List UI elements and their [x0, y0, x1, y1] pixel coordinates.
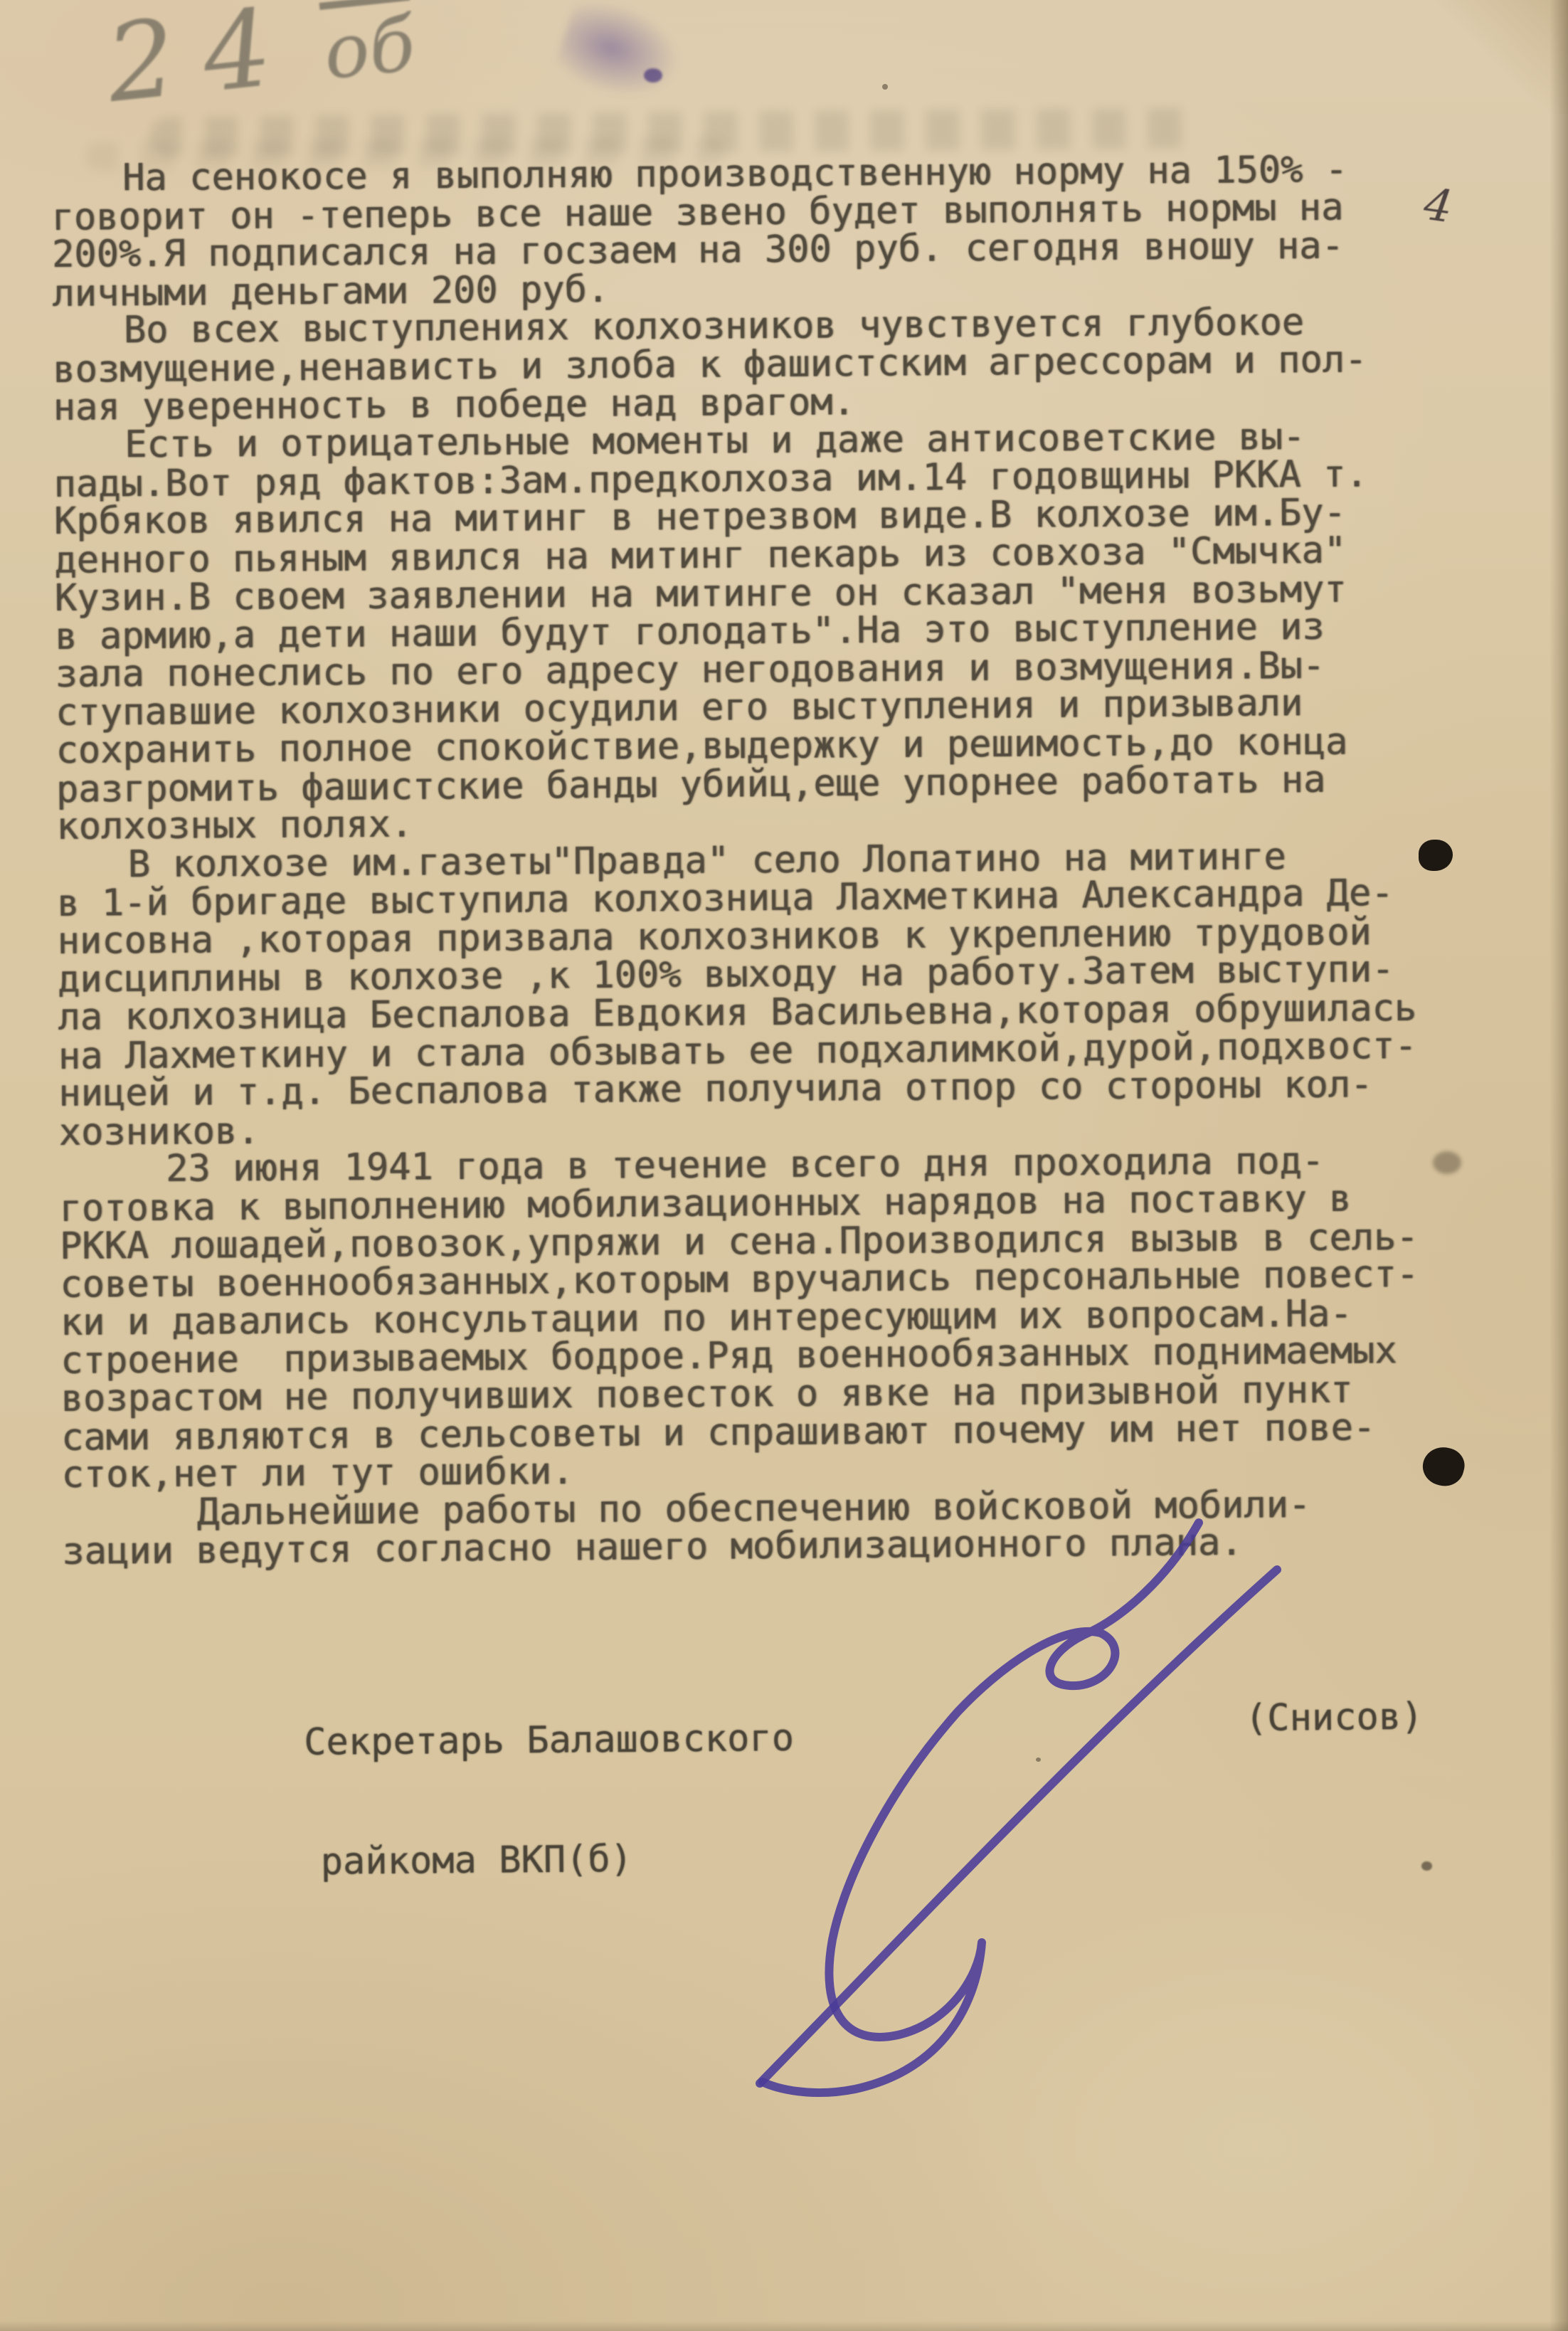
- signatory-role-line1: Секретарь Балашовского: [304, 1718, 794, 1762]
- text-line: ницей и т.д. Беспалова также получила от…: [58, 1065, 1488, 1113]
- text-line: РККА лошадей,повозок,упряжи и сена.Произ…: [60, 1218, 1490, 1266]
- paragraph: 23 июня 1941 года в течение всего дня пр…: [59, 1141, 1492, 1496]
- paragraph: На сенокосе я выполняю производственную …: [51, 149, 1483, 313]
- text-line: сохранить полное спокойствие,выдержку и …: [55, 722, 1485, 770]
- ink-dot: [644, 68, 662, 83]
- text-line: нисовна ,которая призвала колхозников к …: [57, 913, 1487, 961]
- page-edge-shadow: [1550, 0, 1568, 2331]
- pencil-suffix: об: [320, 1, 419, 97]
- ink-smudge: [551, 0, 694, 115]
- paper-speck: [573, 403, 578, 407]
- text-line: Кузин.В своем заявлении на митинге он ск…: [55, 570, 1485, 618]
- typewritten-text: На сенокосе я выполняю производственную …: [51, 149, 1493, 1572]
- text-line: 200%.Я подписался на госзаем на 300 руб.…: [52, 226, 1482, 274]
- signature-title: Секретарь Балашовского райкома ВКП(б): [303, 1639, 796, 1962]
- document-page: 24об На сенокосе я выполняю производстве…: [0, 0, 1568, 2331]
- signature-stroke-tail: [760, 1570, 1277, 2083]
- text-line: возрастом не получивших повесток о явке …: [60, 1370, 1490, 1418]
- paragraph: Во всех выступлениях колхозников чувству…: [53, 302, 1483, 428]
- paper-speck: [882, 84, 888, 90]
- text-line: Есть и отрицательные моменты и даже анти…: [53, 417, 1483, 465]
- text-line: Во всех выступлениях колхозников чувству…: [53, 303, 1483, 351]
- paragraph: В колхозе им.газеты"Правда" село Лопатин…: [57, 836, 1489, 1153]
- text-line: ла колхозница Беспалова Евдокия Васильев…: [58, 989, 1488, 1037]
- text-line: Дальнейшие работы по обеспечению войсков…: [62, 1485, 1492, 1533]
- text-line: На сенокосе я выполняю производственную …: [51, 150, 1481, 198]
- text-line: Крбяков явился на митинг в нетрезвом вид…: [54, 494, 1484, 541]
- pencil-number: 24: [101, 0, 306, 127]
- signature-stroke-main: [763, 1523, 1199, 2093]
- text-line: ки и давались консультации по интересующ…: [60, 1294, 1490, 1342]
- signatory-name: (Снисов): [1245, 1696, 1424, 1740]
- paragraph: Дальнейшие работы по обеспечению войсков…: [62, 1484, 1493, 1572]
- text-line: зала понеслись по его адресу негодования…: [55, 646, 1485, 694]
- paper-speck: [1036, 1757, 1041, 1762]
- text-line: 23 июня 1941 года в течение всего дня пр…: [59, 1142, 1489, 1190]
- ink-blot-small: [1421, 1861, 1432, 1871]
- torn-corner: [1433, 0, 1568, 114]
- page-edge-shadow-bottom: [0, 2321, 1568, 2331]
- ink-blot-faint: [1433, 1151, 1461, 1174]
- text-line: В колхозе им.газеты"Правда" село Лопатин…: [57, 837, 1487, 884]
- paragraph: Есть и отрицательные моменты и даже анти…: [53, 416, 1487, 847]
- pencil-page-number: 24об: [101, 0, 420, 127]
- signatory-role-line2: райкома ВКП(б): [321, 1838, 795, 1882]
